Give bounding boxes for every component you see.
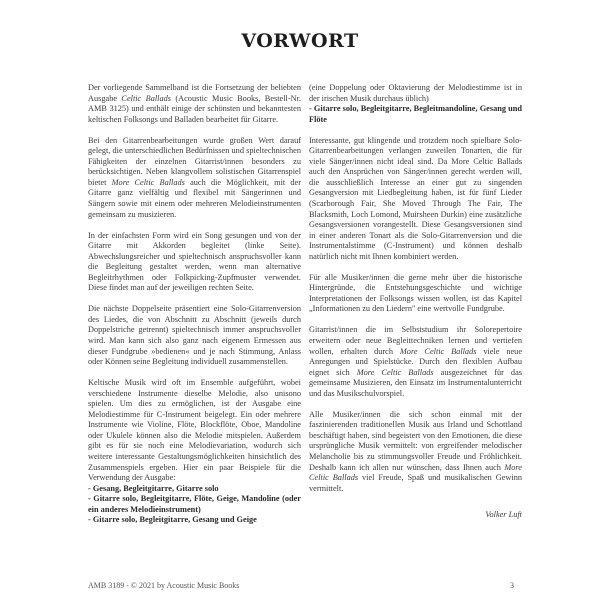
- list-item: - Gesang, Begleitgitarre, Gitarre solo: [88, 484, 301, 495]
- paragraph: Keltische Musik wird oft im Ensemble auf…: [88, 378, 301, 483]
- paragraph: Bei den Gitarrenbearbeitungen wurde groß…: [88, 136, 301, 220]
- book-title: Celtic Ballads: [121, 94, 171, 103]
- left-column: Der vorliegende Sammelband ist die Forts…: [88, 83, 301, 526]
- signature: Volker Luft: [309, 510, 522, 521]
- book-title: More Celtic Ballads: [112, 178, 185, 187]
- paragraph: Die nächste Doppelseite präsentiert eine…: [88, 304, 301, 367]
- paragraph: Für alle Musiker/innen die gerne mehr üb…: [309, 273, 522, 315]
- paragraph: Der vorliegende Sammelband ist die Forts…: [88, 83, 301, 125]
- paragraph: Alle Musiker/innen die sich schon einmal…: [309, 410, 522, 494]
- paragraph: Interessante, gut klingende und trotzdem…: [309, 136, 522, 263]
- list-item: - Gitarre solo, Begleitgitarre, Gesang u…: [88, 515, 301, 526]
- page-number: 3: [510, 581, 514, 590]
- paragraph: Gitarrist/innen die im Selbststudium ihr…: [309, 325, 522, 399]
- list-item: - Gitarre solo, Begleitgitarre, Begleitm…: [309, 104, 522, 125]
- book-title: More Celtic Ballads: [357, 368, 434, 377]
- book-title: More Celtic Ballads: [400, 347, 477, 356]
- list-item: - Gitarre solo, Begleitgitarre, Flöte, G…: [88, 494, 301, 515]
- page-title: VORWORT: [0, 30, 600, 52]
- footer-copyright: AMB 3189 - © 2021 by Acoustic Music Book…: [88, 581, 239, 590]
- right-column: (eine Doppelung oder Oktavierung der Mel…: [309, 83, 522, 521]
- paragraph: (eine Doppelung oder Oktavierung der Mel…: [309, 83, 522, 104]
- text: Alle Musiker/innen die sich schon einmal…: [309, 410, 522, 472]
- paragraph: In der einfachsten Form wird ein Song ge…: [88, 231, 301, 294]
